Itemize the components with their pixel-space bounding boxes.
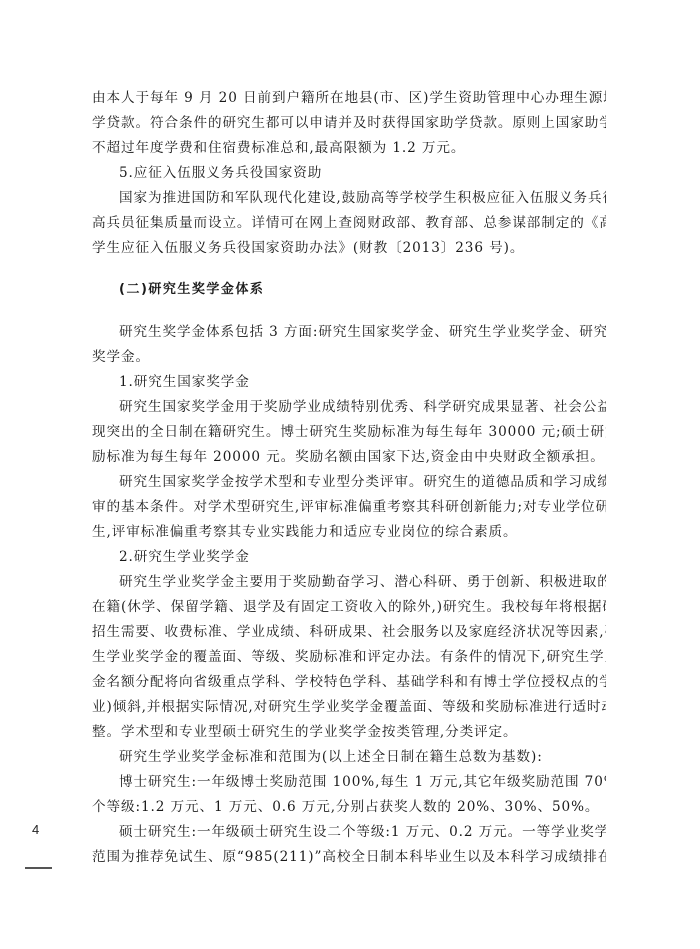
text-line: 业)倾斜,并根据实际情况,对研究生学业奖学金覆盖面、等级和奖励标准进行适时动态调 [92,697,606,717]
text-line: 研究生国家奖学金用于奖励学业成绩特别优秀、科学研究成果显著、社会公益活动表 [119,397,606,417]
text-line: 范围为推荐免试生、原“985(211)”高校全日制本科毕业生以及本科学习成绩排在… [92,847,606,867]
text-line: 博士研究生:一年级博士奖励范围 100%,每生 1 万元,其它年级奖励范围 70… [119,772,606,792]
text-line: 研究生学业奖学金标准和范围为(以上述全日制在籍生总数为基数): [119,747,606,767]
text-line: 不超过年度学费和住宿费标准总和,最高限额为 1.2 万元。 [92,138,606,158]
text-line: 硕士研究生:一年级硕士研究生设二个等级:1 万元、0.2 万元。一等学业奖学金评… [119,822,606,842]
section-heading: (二)研究生奖学金体系 [119,280,264,300]
text-line: 1.研究生国家奖学金 [119,372,606,392]
text-line: 2.研究生学业奖学金 [119,547,606,567]
text-line: 金名额分配将向省级重点学科、学校特色学科、基础学科和有博士学位授权点的学科(专 [92,672,606,692]
text-line: 生,评审标准偏重考察其专业实践能力和适应专业岗位的综合素质。 [92,522,606,542]
text-line: 研究生学业奖学金主要用于奖励勤奋学习、潜心科研、勇于创新、积极进取的全日制 [119,572,606,592]
page-number-rule [25,867,52,869]
text-line: 国家为推进国防和军队现代化建设,鼓励高等学校学生积极应征入伍服义务兵役,提 [119,188,606,208]
text-line: 奖学金。 [92,347,606,367]
text-line: 由本人于每年 9 月 20 日前到户籍所在地县(市、区)学生资助管理中心办理生源… [92,88,606,108]
page-number: 4 [32,822,39,837]
text-line: 学贷款。符合条件的研究生都可以申请并及时获得国家助学贷款。原则上国家助学贷款 [92,113,606,133]
text-line: 研究生国家奖学金按学术型和专业型分类评审。研究生的道德品质和学习成绩为评 [119,472,606,492]
text-line: 学生应征入伍服义务兵役国家资助办法》(财教〔2013〕236 号)。 [92,238,606,258]
text-line: 现突出的全日制在籍研究生。博士研究生奖励标准为每生每年 30000 元;硕士研究… [92,422,606,442]
text-line: 整。学术型和专业型硕士研究生的学业奖学金按类管理,分类评定。 [92,722,606,742]
text-line: 审的基本条件。对学术型研究生,评审标准偏重考察其科研创新能力;对专业学位研究 [92,497,606,517]
text-line: 在籍(休学、保留学籍、退学及有固定工资收入的除外,)研究生。我校每年将根据研究生 [92,597,606,617]
text-line: 生学业奖学金的覆盖面、等级、奖励标准和评定办法。有条件的情况下,研究生学业奖学 [92,647,606,667]
text-line: 励标准为每生每年 20000 元。奖励名额由国家下达,资金由中央财政全额承担。 [92,447,606,467]
document-page: 由本人于每年 9 月 20 日前到户籍所在地县(市、区)学生资助管理中心办理生源… [0,0,700,949]
text-line: 招生需要、收费标准、学业成绩、科研成果、社会服务以及家庭经济状况等因素,确定研究 [92,622,606,642]
text-line: 个等级:1.2 万元、1 万元、0.6 万元,分别占获奖人数的 20%、30%、… [92,797,606,817]
text-line: 5.应征入伍服义务兵役国家资助 [119,163,606,183]
text-line: 研究生奖学金体系包括 3 方面:研究生国家奖学金、研究生学业奖学金、研究生专项 [119,322,606,342]
text-line: 高兵员征集质量而设立。详情可在网上查阅财政部、教育部、总参谋部制定的《高等学校 [92,213,606,233]
